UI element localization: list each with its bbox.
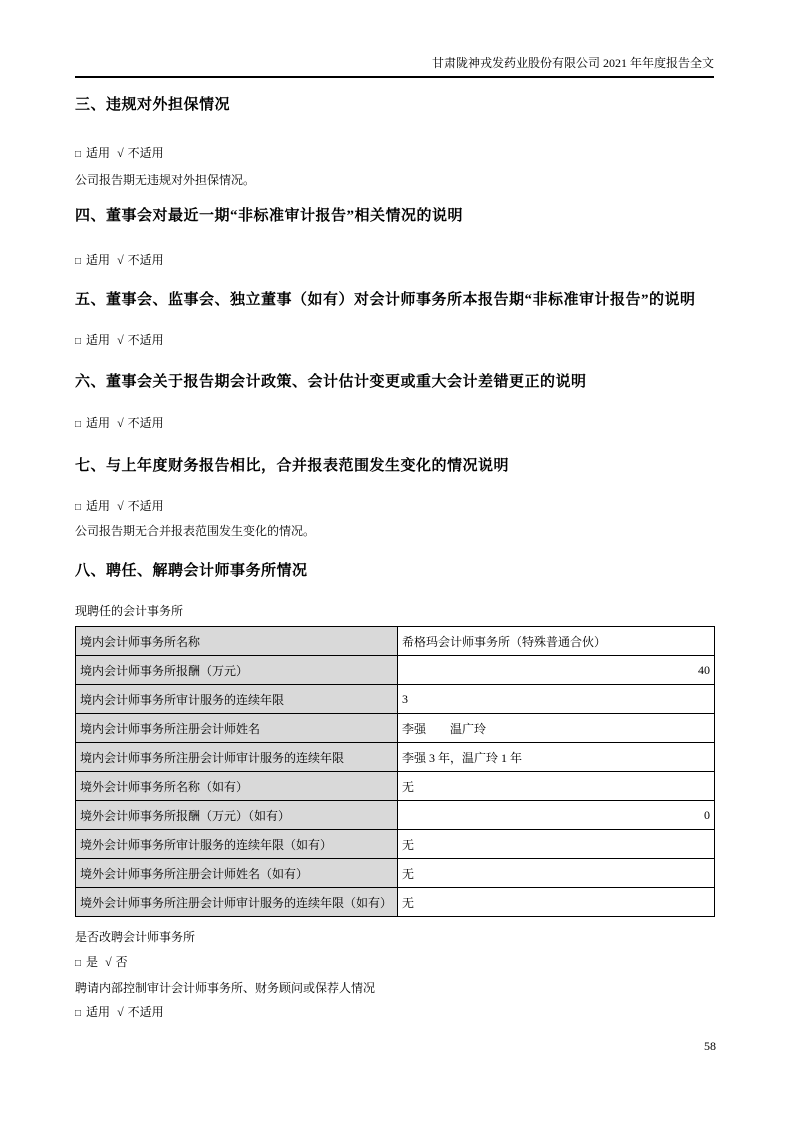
checkmark-icon: √ — [117, 145, 124, 161]
row-value: 无 — [398, 859, 715, 888]
row-value: 李强 3 年，温广玲 1 年 — [398, 743, 715, 772]
table-row: 境外会计师事务所审计服务的连续年限（如有） 无 — [76, 830, 715, 859]
table-row: 境外会计师事务所注册会计师姓名（如有） 无 — [76, 859, 715, 888]
checkbox-unchecked-icon: □ — [75, 1006, 81, 1022]
not-applicable-label: 不适用 — [128, 415, 164, 431]
section-5-heading: 五、董事会、监事会、独立董事（如有）对会计师事务所本报告期“非标准审计报告”的说… — [75, 290, 714, 310]
not-applicable-label: 不适用 — [128, 332, 164, 348]
table-row: 境内会计师事务所审计服务的连续年限 3 — [76, 685, 715, 714]
section-3-applicability: □适用√不适用 — [75, 145, 714, 163]
row-value: 3 — [398, 685, 715, 714]
checkmark-icon: √ — [105, 954, 112, 970]
change-firm-label: 是否改聘会计师事务所 — [75, 929, 714, 945]
checkmark-icon: √ — [117, 252, 124, 268]
section-4-heading: 四、董事会对最近一期“非标准审计报告”相关情况的说明 — [75, 206, 714, 226]
section-7-heading: 七、与上年度财务报告相比，合并报表范围发生变化的情况说明 — [75, 456, 714, 476]
checkmark-icon: √ — [117, 1004, 124, 1020]
section-3-note: 公司报告期无违规对外担保情况。 — [75, 172, 714, 188]
not-applicable-label: 不适用 — [128, 1004, 164, 1020]
yes-label: 是 — [86, 954, 98, 970]
row-label: 境外会计师事务所审计服务的连续年限（如有） — [76, 830, 398, 859]
table-row: 境内会计师事务所报酬（万元） 40 — [76, 656, 715, 685]
section-8-heading: 八、聘任、解聘会计师事务所情况 — [75, 561, 714, 581]
not-applicable-label: 不适用 — [128, 498, 164, 514]
checkbox-unchecked-icon: □ — [75, 254, 81, 270]
row-label: 境内会计师事务所注册会计师审计服务的连续年限 — [76, 743, 398, 772]
row-value: 李强 温广玲 — [398, 714, 715, 743]
applicable-label: 适用 — [86, 252, 110, 268]
row-label: 境外会计师事务所名称（如有） — [76, 772, 398, 801]
accounting-firm-table: 境内会计师事务所名称 希格玛会计师事务所（特殊普通合伙） 境内会计师事务所报酬（… — [75, 626, 715, 917]
checkbox-unchecked-icon: □ — [75, 334, 81, 350]
row-value: 希格玛会计师事务所（特殊普通合伙） — [398, 627, 715, 656]
table-row: 境内会计师事务所名称 希格玛会计师事务所（特殊普通合伙） — [76, 627, 715, 656]
row-value: 0 — [398, 801, 715, 830]
page-number: 58 — [704, 1039, 716, 1054]
not-applicable-label: 不适用 — [128, 252, 164, 268]
row-label: 境外会计师事务所注册会计师姓名（如有） — [76, 859, 398, 888]
section-6-applicability: □适用√不适用 — [75, 415, 714, 433]
internal-control-applicability: □适用√不适用 — [75, 1004, 714, 1022]
table-row: 境外会计师事务所报酬（万元）（如有） 0 — [76, 801, 715, 830]
table-row: 境外会计师事务所名称（如有） 无 — [76, 772, 715, 801]
checkbox-unchecked-icon: □ — [75, 500, 81, 516]
section-7-note: 公司报告期无合并报表范围发生变化的情况。 — [75, 523, 714, 539]
checkbox-unchecked-icon: □ — [75, 417, 81, 433]
document-header: 甘肃陇神戎发药业股份有限公司 2021 年年度报告全文 — [75, 55, 714, 78]
checkmark-icon: √ — [117, 415, 124, 431]
row-label: 境内会计师事务所报酬（万元） — [76, 656, 398, 685]
section-7-applicability: □适用√不适用 — [75, 498, 714, 516]
table-row: 境内会计师事务所注册会计师审计服务的连续年限 李强 3 年，温广玲 1 年 — [76, 743, 715, 772]
row-value: 无 — [398, 772, 715, 801]
row-value: 无 — [398, 888, 715, 917]
table-row: 境外会计师事务所注册会计师审计服务的连续年限（如有） 无 — [76, 888, 715, 917]
row-label: 境外会计师事务所注册会计师审计服务的连续年限（如有） — [76, 888, 398, 917]
applicable-label: 适用 — [86, 415, 110, 431]
checkmark-icon: √ — [117, 332, 124, 348]
report-page: 甘肃陇神戎发药业股份有限公司 2021 年年度报告全文 三、违规对外担保情况 □… — [0, 0, 793, 1122]
change-firm-yes-no: □是√否 — [75, 954, 714, 972]
table-row: 境内会计师事务所注册会计师姓名 李强 温广玲 — [76, 714, 715, 743]
not-applicable-label: 不适用 — [128, 145, 164, 161]
applicable-label: 适用 — [86, 332, 110, 348]
applicable-label: 适用 — [86, 1004, 110, 1020]
applicable-label: 适用 — [86, 145, 110, 161]
report-title: 甘肃陇神戎发药业股份有限公司 2021 年年度报告全文 — [432, 56, 714, 70]
row-value: 40 — [398, 656, 715, 685]
checkbox-unchecked-icon: □ — [75, 147, 81, 163]
current-firm-label: 现聘任的会计事务所 — [75, 603, 714, 619]
checkbox-unchecked-icon: □ — [75, 956, 81, 972]
applicable-label: 适用 — [86, 498, 110, 514]
section-6-heading: 六、董事会关于报告期会计政策、会计估计变更或重大会计差错更正的说明 — [75, 372, 714, 392]
row-label: 境外会计师事务所报酬（万元）（如有） — [76, 801, 398, 830]
section-4-applicability: □适用√不适用 — [75, 252, 714, 270]
section-5-applicability: □适用√不适用 — [75, 332, 714, 350]
checkmark-icon: √ — [117, 498, 124, 514]
row-label: 境内会计师事务所名称 — [76, 627, 398, 656]
row-label: 境内会计师事务所注册会计师姓名 — [76, 714, 398, 743]
row-value: 无 — [398, 830, 715, 859]
internal-control-label: 聘请内部控制审计会计师事务所、财务顾问或保荐人情况 — [75, 980, 714, 996]
no-label: 否 — [116, 954, 128, 970]
section-3-heading: 三、违规对外担保情况 — [75, 95, 714, 115]
row-label: 境内会计师事务所审计服务的连续年限 — [76, 685, 398, 714]
